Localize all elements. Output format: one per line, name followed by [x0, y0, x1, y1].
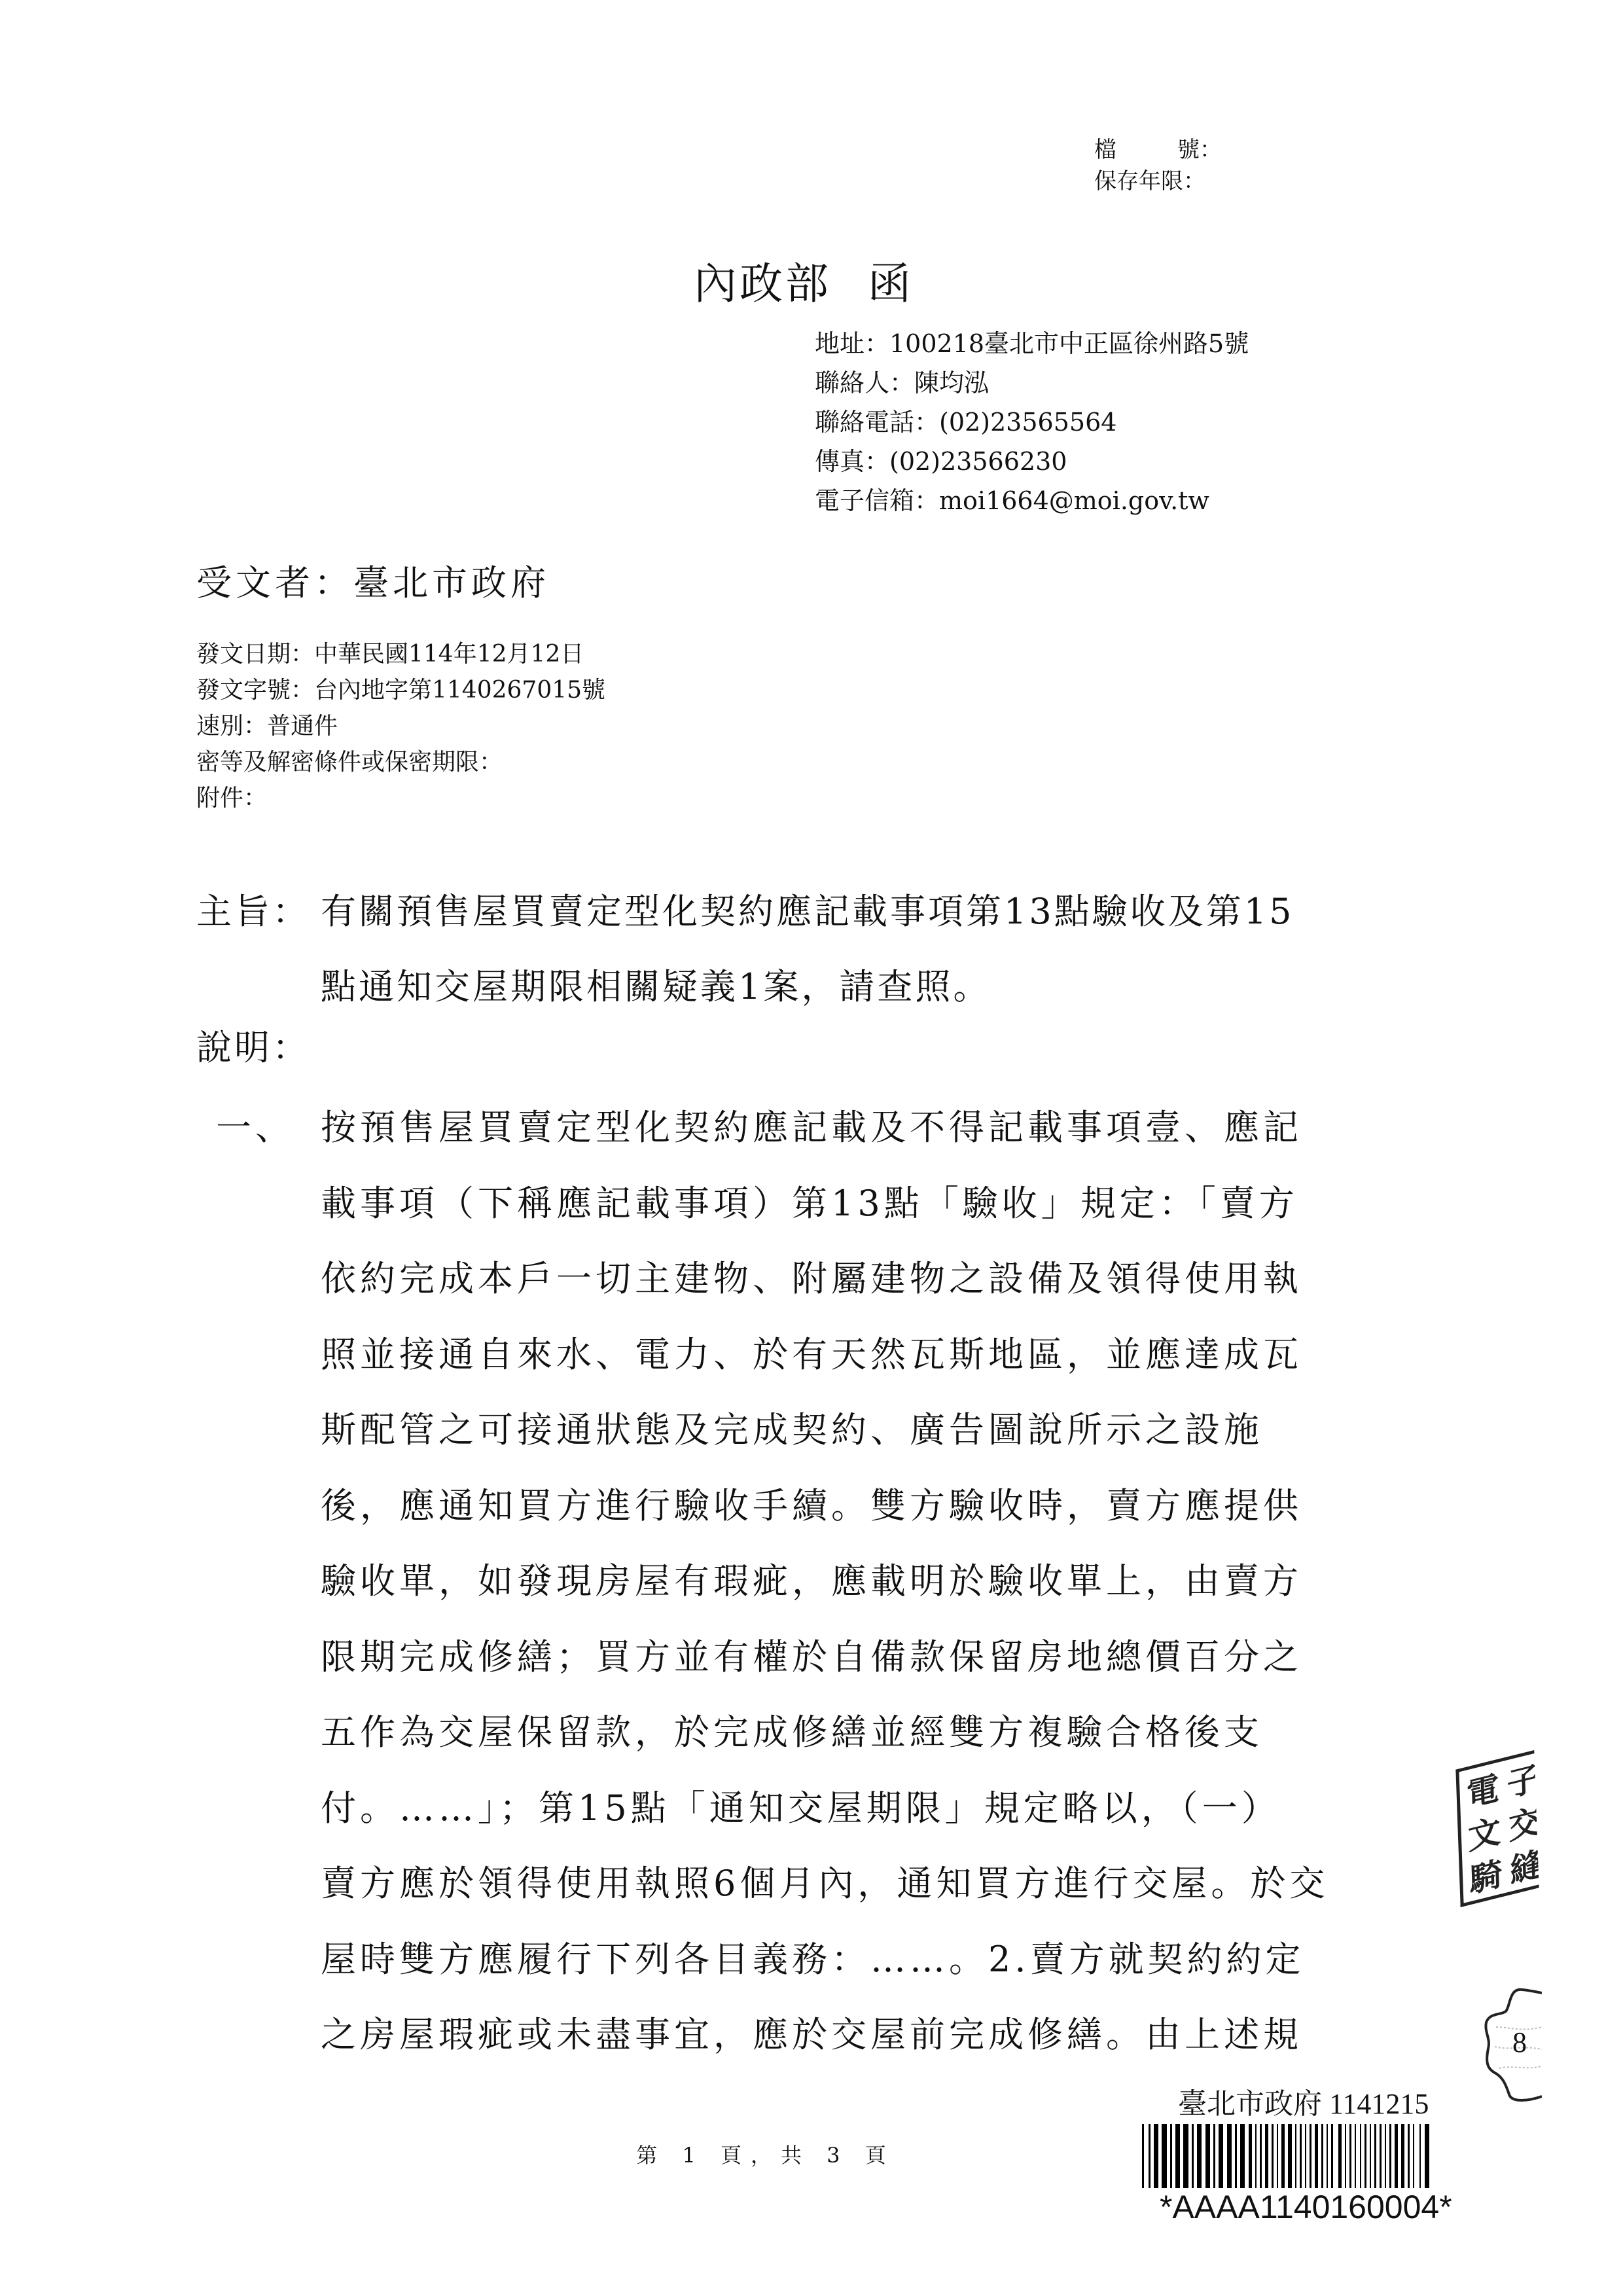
file-meta: 檔號： 保存年限： — [1094, 134, 1222, 197]
electronic-seal-stamp: 電子 文交 騎縫 — [1455, 1750, 1539, 1907]
address: 地址：100218臺北市中正區徐州路5號 — [815, 324, 1249, 363]
subject: 主旨：有關預售屋買賣定型化契約應記載事項第13點驗收及第15 點通知交屋期限相關… — [196, 874, 1294, 1024]
document-meta: 發文日期：中華民國114年12月12日 發文字號：台內地字第1140267015… — [196, 636, 605, 816]
page-indicator: 第 1 頁，共 3 頁 — [0, 2139, 1623, 2169]
retention-label: 保存年限： — [1094, 166, 1222, 197]
document-title: 內政部函 — [694, 249, 914, 311]
file-number-label: 檔號： — [1094, 134, 1222, 166]
description-item: 一、按預售屋買賣定型化契約應記載及不得記載事項壹、應記 載事項（下稱應記載事項）… — [216, 1090, 1329, 2073]
contact-person: 聯絡人：陳均泓 — [815, 363, 1249, 403]
item-line: 付。……」；第15點「通知交屋期限」規定略以，（一） — [216, 1770, 1329, 1846]
item-line: 之房屋瑕疵或未盡事宜，應於交屋前完成修繕。由上述規 — [216, 1997, 1329, 2073]
received-stamp: 臺北市政府 1141215 — [1178, 2080, 1429, 2122]
page-seal-number: 8 — [1512, 2026, 1527, 2059]
item-line: 驗收單，如發現房屋有瑕疵，應載明於驗收單上，由賣方 — [216, 1543, 1329, 1619]
classification: 密等及解密條件或保密期限： — [196, 744, 605, 780]
item-line: 賣方應於領得使用執照6個月內，通知買方進行交屋。於交 — [216, 1846, 1329, 1922]
item-line: 載事項（下稱應記載事項）第13點「驗收」規定：「賣方 — [216, 1166, 1329, 1242]
item-line: 依約完成本戶一切主建物、附屬建物之設備及領得使用執 — [216, 1241, 1329, 1317]
item-number: 一、 — [216, 1090, 321, 1166]
item-line: 按預售屋買賣定型化契約應記載及不得記載事項壹、應記 — [321, 1107, 1302, 1148]
item-line: 五作為交屋保留款，於完成修繕並經雙方複驗合格後支 — [216, 1695, 1329, 1770]
item-line: 照並接通自來水、電力、於有天然瓦斯地區，並應達成瓦 — [216, 1317, 1329, 1393]
item-line: 斯配管之可接通狀態及完成契約、廣告圖說所示之設施 — [216, 1392, 1329, 1468]
recipient: 受文者：臺北市政府 — [196, 555, 550, 605]
attachments: 附件： — [196, 780, 605, 816]
item-line: 後，應通知買方進行驗收手續。雙方驗收時，賣方應提供 — [216, 1468, 1329, 1544]
document-number: 發文字號：台內地字第1140267015號 — [196, 672, 605, 708]
agency-name: 內政部 — [694, 259, 831, 309]
contact-block: 地址：100218臺北市中正區徐州路5號 聯絡人：陳均泓 聯絡電話：(02)23… — [815, 324, 1249, 520]
description-label: 說明： — [196, 1020, 310, 1070]
subject-label: 主旨： — [196, 874, 321, 949]
page-footer: 第 1 頁，共 3 頁 — [0, 2139, 1623, 2169]
barcode-text: *AAAA1140160004* — [1160, 2188, 1452, 2226]
priority: 速別：普通件 — [196, 708, 605, 744]
subject-line-1: 有關預售屋買賣定型化契約應記載事項第13點驗收及第15 — [321, 891, 1294, 932]
phone: 聯絡電話：(02)23565564 — [815, 403, 1249, 442]
issue-date: 發文日期：中華民國114年12月12日 — [196, 636, 605, 672]
document-type: 函 — [868, 259, 914, 309]
subject-line-2: 點通知交屋期限相關疑義1案，請查照。 — [196, 949, 1294, 1024]
item-line: 限期完成修繕；買方並有權於自備款保留房地總價百分之 — [216, 1619, 1329, 1695]
email: 電子信箱：moi1664@moi.gov.tw — [815, 481, 1249, 520]
fax: 傳真：(02)23566230 — [815, 442, 1249, 481]
item-line: 屋時雙方應履行下列各目義務：……。2.賣方就契約約定 — [216, 1922, 1329, 1998]
